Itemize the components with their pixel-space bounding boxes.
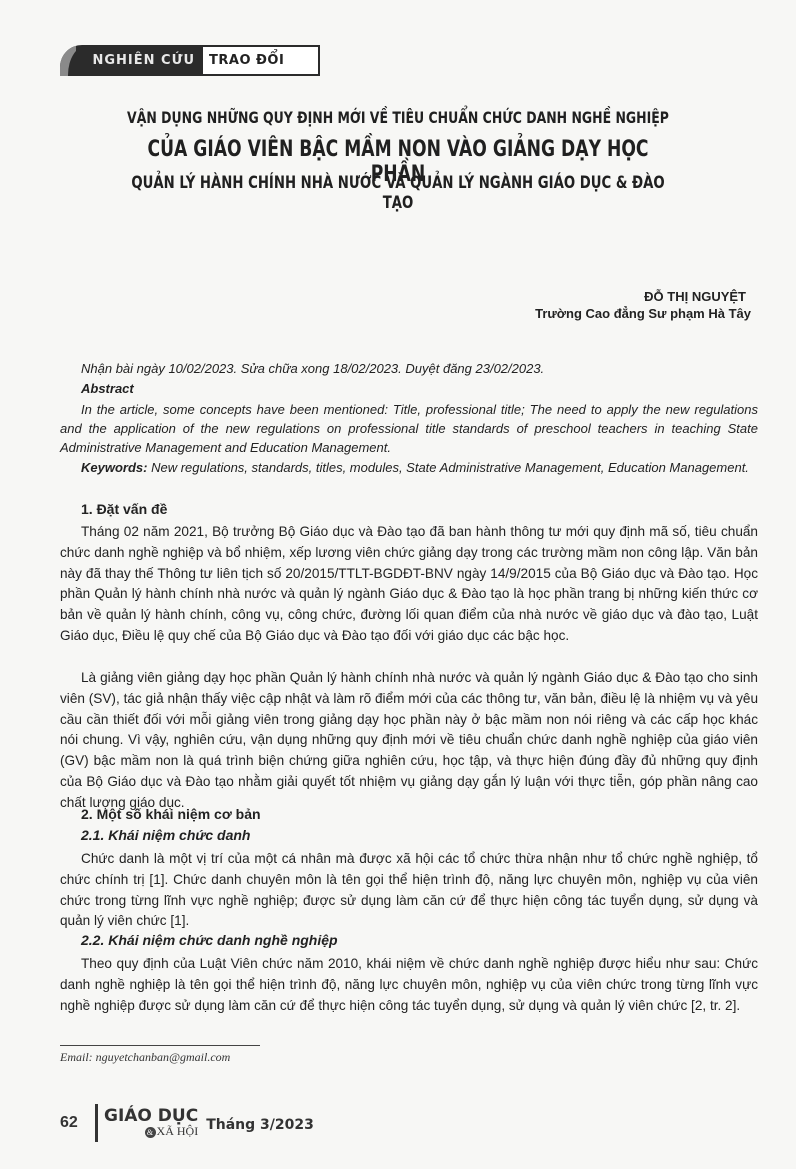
author-name: ĐỖ THỊ NGUYỆT: [644, 289, 746, 304]
footnote-divider: [60, 1045, 260, 1046]
ampersand-icon: &: [145, 1127, 156, 1138]
article-title-line-1: VẬN DỤNG NHỮNG QUY ĐỊNH MỚI VỀ TIÊU CHUẨ…: [119, 108, 677, 127]
subsection-2-1-text: Chức danh là một vị trí của một cá nhân …: [60, 849, 758, 932]
keywords-text: New regulations, standards, titles, modu…: [151, 460, 749, 475]
keywords: Keywords: New regulations, standards, ti…: [60, 458, 758, 477]
subsection-2-2-heading: 2.2. Khái niệm chức danh nghề nghiệp: [81, 932, 338, 948]
section-2-heading: 2. Một số khái niệm cơ bản: [81, 806, 261, 822]
section-1-heading: 1. Đặt vấn đề: [81, 501, 167, 517]
keywords-label: Keywords:: [81, 460, 147, 475]
article-title-line-3: QUẢN LÝ HÀNH CHÍNH NHÀ NƯỚC VÀ QUẢN LÝ N…: [119, 173, 677, 213]
section-1-paragraph-1: Tháng 02 năm 2021, Bộ trưởng Bộ Giáo dục…: [60, 522, 758, 647]
journal-logo: GIÁO DỤC &XÃ HỘI: [104, 1108, 198, 1138]
footer-divider: [95, 1104, 98, 1142]
author-affiliation: Trường Cao đẳng Sư phạm Hà Tây: [535, 306, 751, 321]
subsection-2-1-heading: 2.1. Khái niệm chức danh: [81, 827, 250, 843]
page-footer: 62 GIÁO DỤC &XÃ HỘI Tháng 3/2023: [60, 1103, 314, 1143]
abstract-text: In the article, some concepts have been …: [60, 400, 758, 457]
section-tag-secondary-label: TRAO ĐỔI: [209, 53, 284, 68]
section-tag-primary: NGHIÊN CỨU: [60, 45, 203, 76]
abstract-heading: Abstract: [81, 381, 134, 396]
journal-name-line-1: GIÁO DỤC: [104, 1108, 198, 1125]
section-1-paragraph-2: Là giảng viên giảng dạy học phần Quản lý…: [60, 668, 758, 814]
submission-dates: Nhận bài ngày 10/02/2023. Sửa chữa xong …: [81, 361, 544, 376]
section-tag-primary-label: NGHIÊN CỨU: [92, 53, 195, 68]
page-number: 62: [60, 1114, 95, 1132]
section-tag-secondary: TRAO ĐỔI: [203, 45, 320, 76]
author-email[interactable]: Email: nguyetchanban@gmail.com: [60, 1050, 230, 1065]
journal-name-line-2: &XÃ HỘI: [104, 1125, 198, 1138]
subsection-2-2-text: Theo quy định của Luật Viên chức năm 201…: [60, 954, 758, 1016]
section-tag: NGHIÊN CỨU TRAO ĐỔI: [60, 45, 320, 76]
issue-date: Tháng 3/2023: [206, 1117, 314, 1133]
